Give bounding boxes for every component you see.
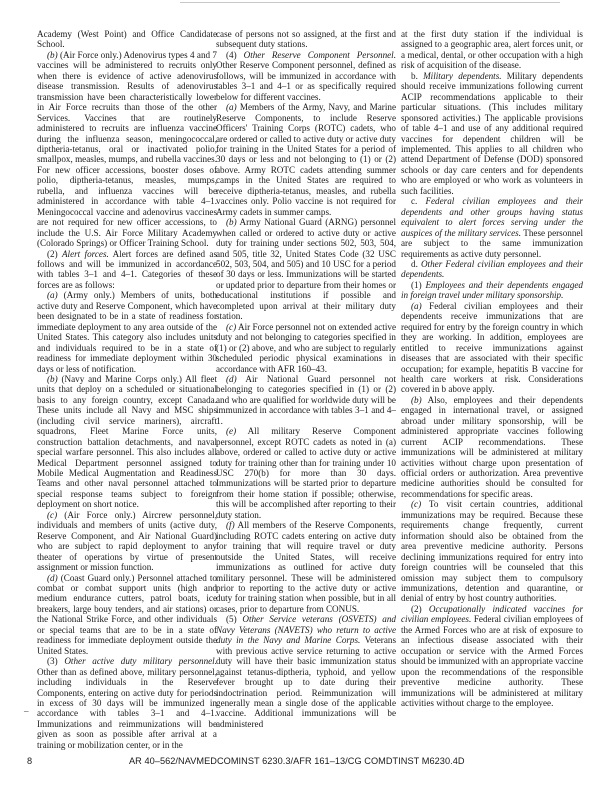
paragraph-text: (Navy and Marine Corps only.) All fleet … xyxy=(37,374,217,509)
paragraph-text: All military Reserve Component personnel… xyxy=(216,426,396,520)
paragraph-label: (e) xyxy=(226,426,236,436)
paragraph-label: (1) xyxy=(411,280,425,290)
paragraph-label: (b) xyxy=(47,50,58,60)
header-rule xyxy=(180,2,560,3)
paragraph-heading: Alert forces. xyxy=(62,249,109,259)
paragraph: (a) Federal civilian employees and their… xyxy=(401,301,583,395)
paragraph-label: (2) xyxy=(47,249,62,259)
paragraph: c. Federal civilian employees and their … xyxy=(401,196,583,259)
paragraph-label: (a) xyxy=(411,301,422,311)
paragraph: case of persons not so assigned, at the … xyxy=(216,29,396,50)
paragraph: (2) Occupationally indicated vaccines fo… xyxy=(401,604,583,709)
running-footer: AR 40–562/NAVMEDCOMINST 6230.3/AFR 161–1… xyxy=(129,756,465,766)
paragraph-label: (c) xyxy=(411,499,421,509)
paragraph-label: (c) xyxy=(226,322,236,332)
paragraph-label: c. xyxy=(411,196,425,206)
paragraph-text: Also, employees and their dependents eng… xyxy=(401,395,583,499)
paragraph: (a) Members of the Army, Navy, and Marin… xyxy=(216,102,396,217)
paragraph-text: Other Reserve Component personnel, defin… xyxy=(216,60,396,101)
paragraph-text: Air Force personnel not on extended acti… xyxy=(216,322,396,374)
paragraph-text: Other than as defined above, military pe… xyxy=(37,667,217,750)
paragraph-label: (b) xyxy=(411,395,422,405)
paragraph-label: (b) xyxy=(226,217,237,227)
paragraph-label: (5) xyxy=(226,614,242,624)
paragraph: (f) All members of the Reserve Component… xyxy=(216,520,396,614)
margin-change-mark: – xyxy=(24,706,29,716)
paragraph: Academy (West Point) and Office Candidat… xyxy=(37,29,217,50)
paragraph: (e) All military Reserve Component perso… xyxy=(216,426,396,520)
paragraph-label: (d) xyxy=(226,374,237,384)
paragraph-text: Army National Guard (ARNG) personnel whe… xyxy=(216,217,396,321)
text-column-left: Academy (West Point) and Office Candidat… xyxy=(37,29,217,750)
paragraph-label: (c) xyxy=(47,510,57,520)
paragraph-text: Members of the Army, Navy, and Marine Re… xyxy=(216,102,396,217)
paragraph: (c) Air Force personnel not on extended … xyxy=(216,322,396,374)
paragraph-label: d. xyxy=(411,259,421,269)
paragraph: (b) (Navy and Marine Corps only.) All fl… xyxy=(37,374,217,510)
paragraph: (3) Other active duty military personnel… xyxy=(37,656,217,750)
paragraph-text: (Air Force only.) Aircrew personnel, ind… xyxy=(37,510,217,572)
paragraph: (a) (Army only.) Members of units, both … xyxy=(37,290,217,374)
paragraph-label: (4) xyxy=(226,50,244,60)
paragraph-label: (a) xyxy=(47,290,58,300)
paragraph-heading: Other Federal civilian employees and the… xyxy=(401,259,583,279)
paragraph-text: Air National Guard personnel not belongi… xyxy=(216,374,396,426)
paragraph: (d) Air National Guard personnel not bel… xyxy=(216,374,396,426)
paragraph-heading: Employees and their dependents engaged i… xyxy=(401,280,583,300)
paragraph: d. Other Federal civilian employees and … xyxy=(401,259,583,280)
paragraph-label: (d) xyxy=(47,573,58,583)
paragraph-text: All members of the Reserve Components, i… xyxy=(216,520,396,614)
paragraph: b. Military dependents. Military depende… xyxy=(401,71,583,196)
page-number: 8 xyxy=(27,756,32,766)
paragraph-label: (a) xyxy=(226,102,237,112)
paragraph: (b) (Air Force only.) Adenovirus types 4… xyxy=(37,50,217,249)
paragraph-heading: Other active duty military personnel. xyxy=(64,656,217,666)
paragraph: (4) Other Reserve Component Personnel. O… xyxy=(216,50,396,102)
paragraph-text: Military dependents should receive immun… xyxy=(401,71,583,196)
paragraph-heading: Other Reserve Component Personnel. xyxy=(244,50,396,60)
paragraph-heading: Military dependents. xyxy=(423,71,501,81)
paragraph: (b) Also, employees and their dependents… xyxy=(401,395,583,500)
text-column-right: at the first duty station if the individ… xyxy=(401,29,583,708)
paragraph-text: Veterans with previous active service re… xyxy=(216,635,396,729)
paragraph: (2) Alert forces. Alert forces are defin… xyxy=(37,249,217,291)
paragraph: (b) Army National Guard (ARNG) personnel… xyxy=(216,217,396,322)
paragraph-text: Academy (West Point) and Office Candidat… xyxy=(37,29,217,49)
paragraph-label: (b) xyxy=(47,374,58,384)
paragraph: (d) (Coast Guard only.) Personnel attach… xyxy=(37,573,217,657)
text-column-middle: case of persons not so assigned, at the … xyxy=(216,29,396,729)
paragraph: (1) Employees and their dependents engag… xyxy=(401,280,583,301)
paragraph: at the first duty station if the individ… xyxy=(401,29,583,71)
paragraph-label: (f) xyxy=(226,520,235,530)
paragraph-label: (3) xyxy=(47,656,64,666)
paragraph-text: (Air Force only.) Adenovirus types 4 and… xyxy=(37,50,217,248)
paragraph: (c) (Air Force only.) Aircrew personnel,… xyxy=(37,510,217,573)
paragraph-text: at the first duty station if the individ… xyxy=(401,29,583,70)
paragraph-label: b. xyxy=(411,71,423,81)
paragraph-text: To visit certain countries, additional i… xyxy=(401,499,583,603)
paragraph: (c) To visit certain countries, addition… xyxy=(401,499,583,604)
paragraph-text: case of persons not so assigned, at the … xyxy=(216,29,396,49)
paragraph-text: Federal civilian employees of the Armed … xyxy=(401,614,583,708)
paragraph-text: Federal civilian employees and their dep… xyxy=(401,301,583,395)
paragraph-label: (2) xyxy=(411,604,429,614)
paragraph: (5) Other Service veterans (OSVETS) and … xyxy=(216,614,396,729)
paragraph-text: (Coast Guard only.) Personnel attached t… xyxy=(37,573,217,656)
paragraph-text: (Army only.) Members of units, both acti… xyxy=(37,290,217,373)
